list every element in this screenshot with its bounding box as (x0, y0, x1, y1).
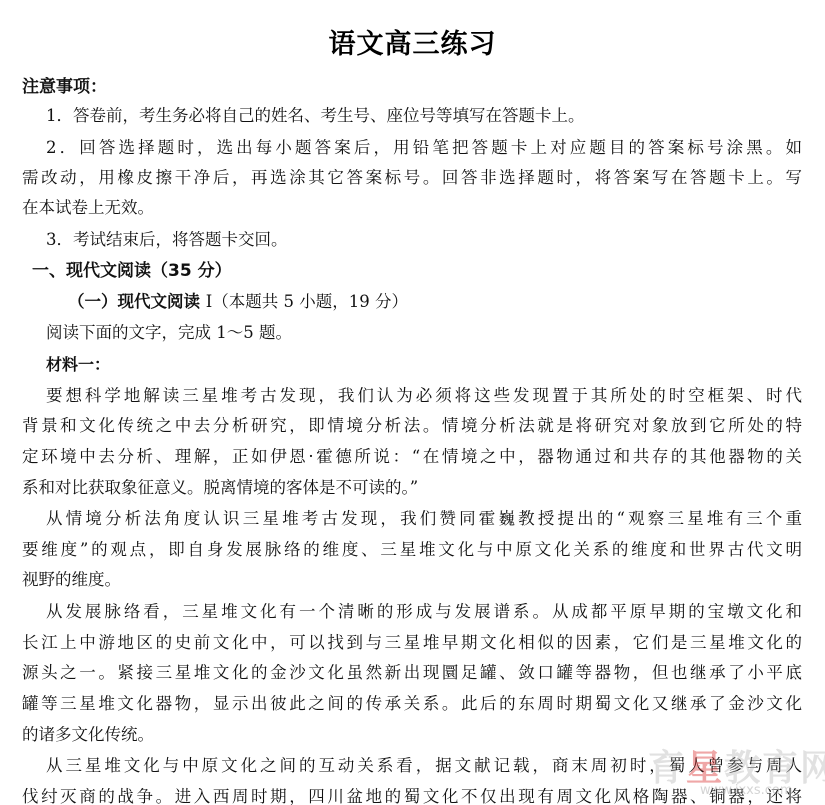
document-title: 语文高三练习 (0, 22, 825, 61)
passage-line: 定环境中去分析、理解，正如伊恩·霍德所说：“在情境之中，器物通过和共存的其他器物… (22, 446, 802, 468)
section-heading: 一、现代文阅读（35 分） (32, 260, 232, 282)
notice-item-2-cont: 需改动，用橡皮擦干净后，再选涂其它答案标号。回答非选择题时，将答案写在答题卡上。… (22, 167, 802, 189)
passage-line: 源头之一。紧接三星堆文化的金沙文化虽然新出现圜足罐、敛口罐等器物，但也继承了小平… (22, 662, 802, 684)
passage-line: 长江上中游地区的史前文化中，可以找到与三星堆早期文化相似的因素，它们是三星堆文化… (22, 632, 802, 654)
exam-page: 语文高三练习 注意事项： 1．答卷前，考生务必将自己的姓名、考生号、座位号等填写… (0, 0, 825, 805)
passage-line: 的诸多文化传统。 (22, 724, 154, 746)
passage-line: 伐纣灭商的战争。进入西周时期，四川盆地的蜀文化不仅出现有周文化风格陶器、铜器，还… (22, 786, 802, 805)
sub-section-heading-bold: （一）现代文阅读 (68, 292, 206, 311)
instruction: 阅读下面的文字，完成 1～5 题。 (46, 322, 292, 344)
notice-item-2-end: 在本试卷上无效。 (22, 197, 154, 219)
material-label: 材料一： (46, 354, 110, 376)
passage-line: 系和对比获取象征意义。脱离情境的客体是不可读的。” (22, 477, 418, 499)
passage-line: 从情境分析法角度认识三星堆考古发现，我们赞同霍巍教授提出的“观察三星堆有三个重 (46, 508, 802, 530)
passage-line: 视野的维度。 (22, 569, 121, 591)
sub-section-heading: （一）现代文阅读 Ⅰ（本题共 5 小题，19 分） (68, 291, 408, 313)
sub-section-heading-rest: Ⅰ（本题共 5 小题，19 分） (206, 292, 408, 311)
watermark-url: www.ixxs.com (700, 783, 793, 798)
passage-line: 要想科学地解读三星堆考古发现，我们认为必须将这些发现置于其所处的时空框架、时代 (46, 385, 802, 407)
notice-heading: 注意事项： (22, 76, 107, 98)
passage-line: 要维度”的观点，即自身发展脉络的维度、三星堆文化与中原文化关系的维度和世界古代文… (22, 539, 802, 561)
passage-line: 罐等三星堆文化器物，显示出彼此之间的传承关系。此后的东周时期蜀文化又继承了金沙文… (22, 693, 802, 715)
passage-line: 从发展脉络看，三星堆文化有一个清晰的形成与发展谱系。从成都平原早期的宝墩文化和 (46, 601, 802, 623)
passage-line: 背景和文化传统之中去分析研究，即情境分析法。情境分析法就是将研究对象放到它所处的… (22, 415, 802, 437)
passage-line: 从三星堆文化与中原文化之间的互动关系看，据文献记载，商末周初时，蜀人曾参与周人 (46, 755, 802, 777)
notice-item-1: 1．答卷前，考生务必将自己的姓名、考生号、座位号等填写在答题卡上。 (46, 105, 585, 127)
notice-item-2: 2．回答选择题时，选出每小题答案后，用铅笔把答题卡上对应题目的答案标号涂黑。如 (46, 137, 802, 159)
notice-item-3: 3．考试结束后，将答题卡交回。 (46, 229, 288, 251)
